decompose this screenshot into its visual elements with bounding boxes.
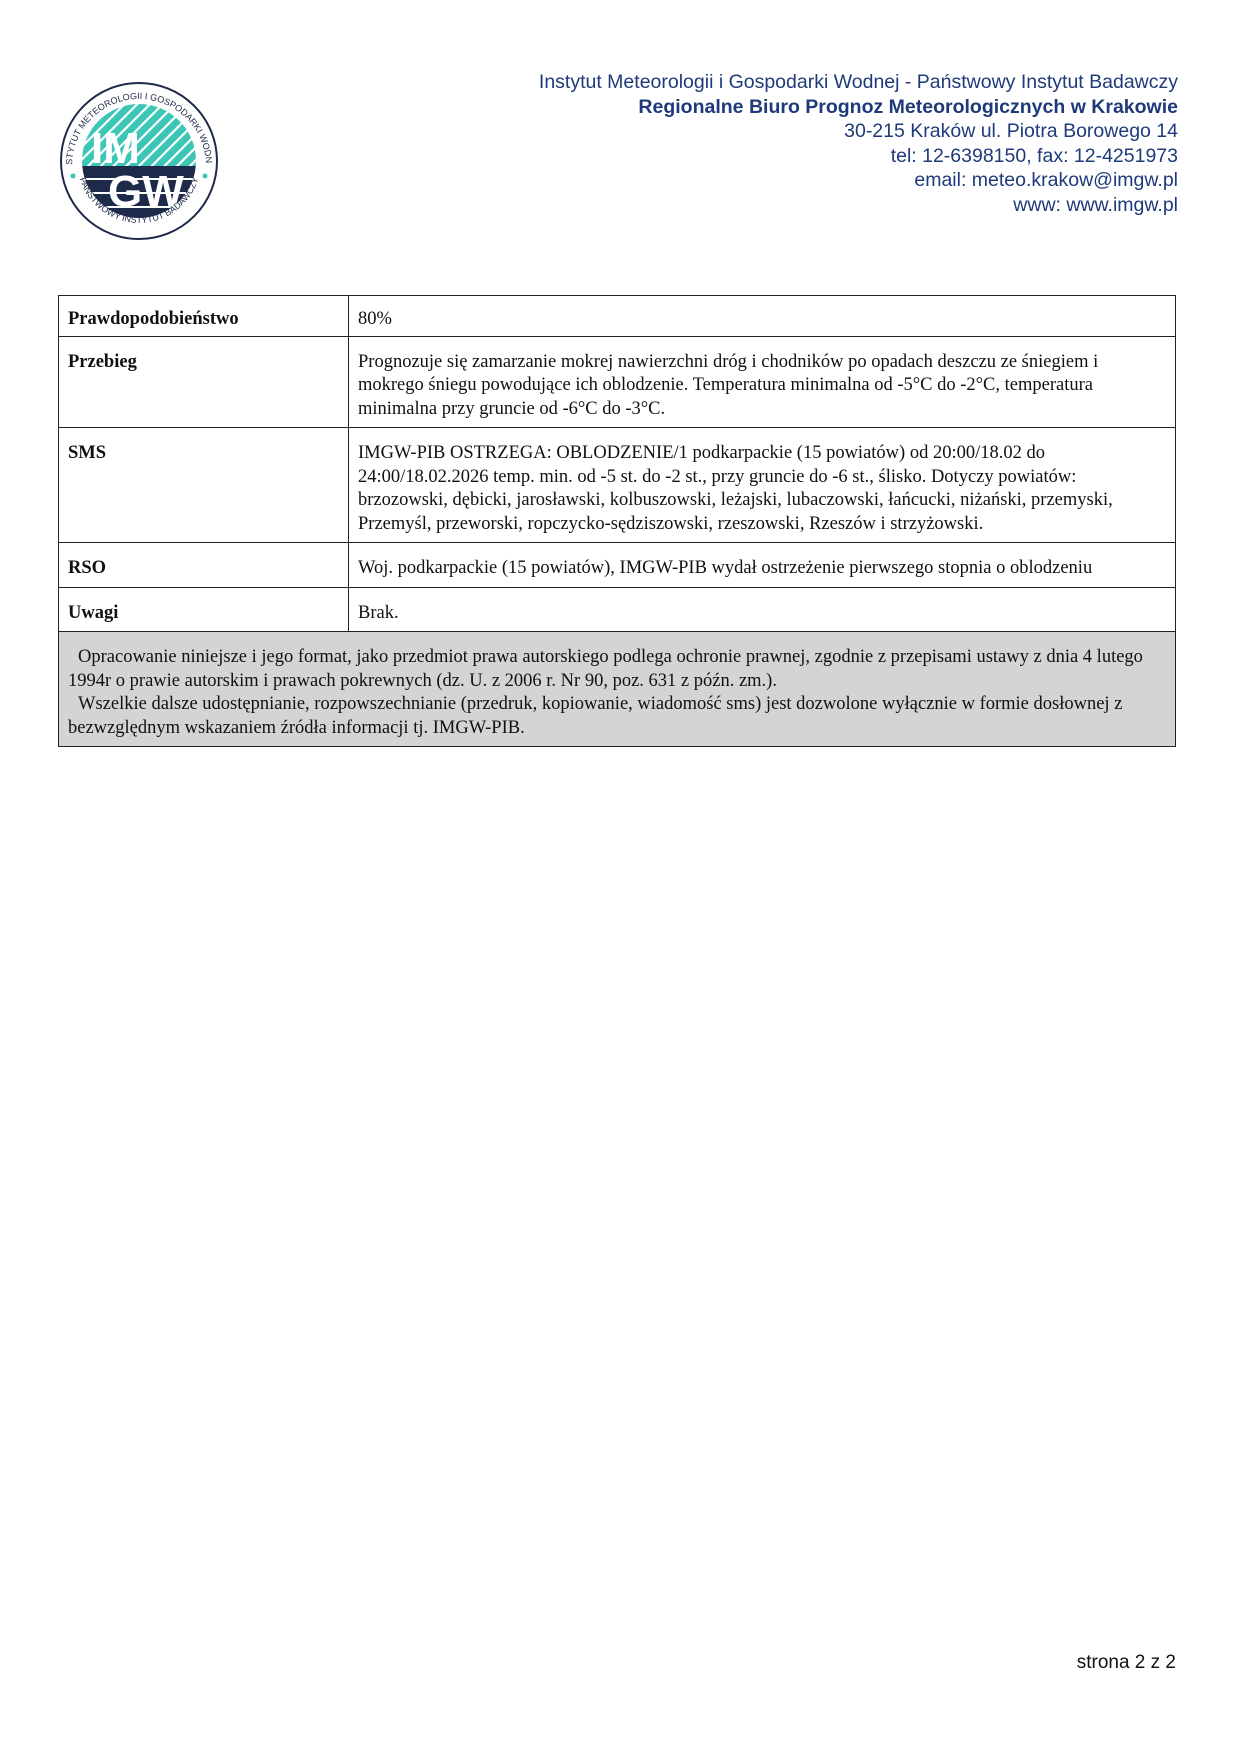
row-value: Brak. — [349, 587, 1176, 632]
table-row: RSO Woj. podkarpackie (15 powiatów), IMG… — [59, 543, 1176, 588]
copyright-paragraph: Opracowanie niniejsze i jego format, jak… — [68, 646, 1165, 693]
office-name: Regionalne Biuro Prognoz Meteorologiczny… — [539, 95, 1178, 120]
page-number: strona 2 z 2 — [1077, 1652, 1176, 1674]
table-row: Uwagi Brak. — [59, 587, 1176, 632]
address: 30-215 Kraków ul. Piotra Borowego 14 — [539, 119, 1178, 144]
row-value: Prognozuje się zamarzanie mokrej nawierz… — [349, 336, 1176, 428]
row-label: RSO — [59, 543, 349, 588]
imgw-logo: IM GW INSTYTUT METEOROLOGII I GOSPODARKI… — [58, 80, 220, 242]
row-value: Woj. podkarpackie (15 powiatów), IMGW-PI… — [349, 543, 1176, 588]
phone-fax: tel: 12-6398150, fax: 12-4251973 — [539, 144, 1178, 169]
svg-text:IM: IM — [91, 124, 140, 173]
table-row: SMS IMGW-PIB OSTRZEGA: OBLODZENIE/1 podk… — [59, 428, 1176, 543]
row-label: Prawdopodobieństwo — [59, 296, 349, 337]
row-label: SMS — [59, 428, 349, 543]
row-value: 80% — [349, 296, 1176, 337]
website: www: www.imgw.pl — [539, 193, 1178, 218]
table-row: Prawdopodobieństwo 80% — [59, 296, 1176, 337]
table-row: Przebieg Prognozuje się zamarzanie mokre… — [59, 336, 1176, 428]
row-label: Przebieg — [59, 336, 349, 428]
copyright-notice: Opracowanie niniejsze i jego format, jak… — [59, 632, 1176, 747]
institution-header: Instytut Meteorologii i Gospodarki Wodne… — [539, 70, 1178, 217]
distribution-paragraph: Wszelkie dalsze udostępnianie, rozpowsze… — [68, 693, 1165, 740]
email: email: meteo.krakow@imgw.pl — [539, 168, 1178, 193]
warning-table: Prawdopodobieństwo 80% Przebieg Prognozu… — [58, 295, 1176, 747]
row-label: Uwagi — [59, 587, 349, 632]
institute-name: Instytut Meteorologii i Gospodarki Wodne… — [539, 70, 1178, 95]
row-value: IMGW-PIB OSTRZEGA: OBLODZENIE/1 podkarpa… — [349, 428, 1176, 543]
